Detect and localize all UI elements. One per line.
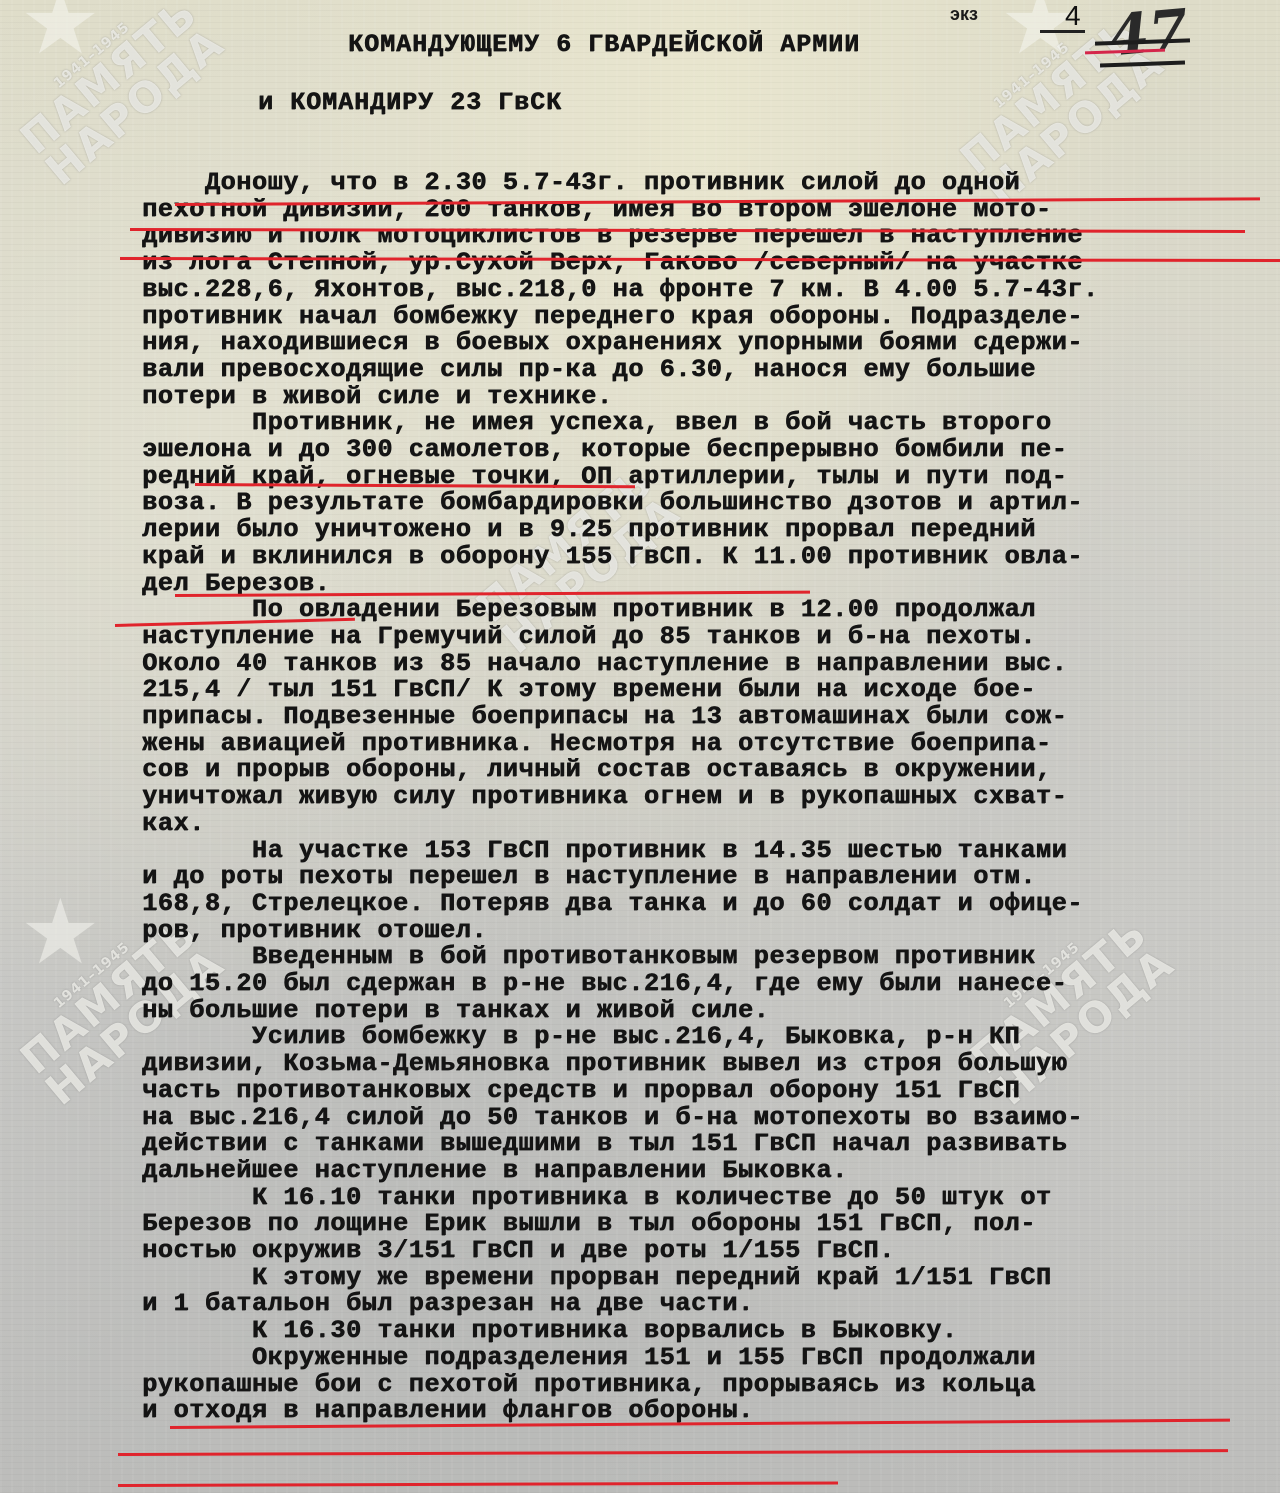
addressee-line-1: КОМАНДУЮЩЕМУ 6 ГВАРДЕЙСКОЙ АРМИИ — [348, 30, 860, 59]
body-line: ров, противник отошел. — [142, 916, 487, 945]
addressee-line-2: и КОМАНДИРУ 23 ГвСК — [258, 88, 562, 117]
body-line: Противник, не имея успеха, ввел в бой ча… — [142, 408, 1051, 437]
body-line: вали превосходящие силы пр-ка до 6.30, н… — [142, 355, 1036, 384]
page-number-underline — [1040, 30, 1085, 33]
body-line: лерии было уничтожено и в 9.25 противник… — [142, 515, 1036, 544]
body-line: сов и прорыв обороны, личный состав оста… — [142, 755, 1051, 784]
body-line: К 16.30 танки противника ворвались в Бык… — [142, 1316, 957, 1345]
body-line: и 1 батальон был разрезан на две части. — [142, 1289, 754, 1318]
body-line: противник начал бомбежку переднего края … — [142, 302, 1083, 331]
body-line: Около 40 танков из 85 начало наступление… — [142, 649, 1067, 678]
body-line: дивизии, Козьма-Демьяновка противник выв… — [142, 1049, 1067, 1078]
body-line: до 15.20 был сдержан в р-не выс.216,4, г… — [142, 969, 1067, 998]
body-line: На участке 153 ГвСП противник в 14.35 ше… — [142, 836, 1067, 865]
body-line: Введенным в бой противотанковым резервом… — [142, 942, 1036, 971]
body-line: ках. — [142, 809, 205, 838]
body-line: рукопашные бои с пехотой противника, про… — [142, 1370, 1036, 1399]
body-line: из лога Степной, ур.Сухой Верх, Гаково /… — [142, 248, 1083, 277]
body-line: воза. В результате бомбардировки большин… — [142, 488, 1083, 517]
body-line: уничтожал живую силу противника огнем и … — [142, 782, 1067, 811]
body-line: действии с танками вышедшими в тыл 151 Г… — [142, 1129, 1067, 1158]
body-line: потери в живой силе и технике. — [142, 382, 612, 411]
body-line: и отходя в направлении флангов обороны. — [142, 1396, 754, 1425]
body-line: эшелона и до 300 самолетов, которые бесп… — [142, 435, 1067, 464]
page-number: 4 — [1065, 0, 1081, 32]
body-line: и до роты пехоты перешел в наступление в… — [142, 862, 1036, 891]
body-line: Усилив бомбежку в р-не выс.216,4, Быковк… — [142, 1022, 1020, 1051]
body-line: выс.228,6, Яхонтов, выс.218,0 на фронте … — [142, 275, 1099, 304]
body-line: 168,8, Стрелецкое. Потеряв два танка и д… — [142, 889, 1083, 918]
body-line: Доношу, что в 2.30 5.7-43г. противник си… — [142, 168, 1020, 197]
body-line: ния, находившиеся в боевых охранениях уп… — [142, 328, 1083, 357]
body-line: край и вклинился в оборону 155 ГвСП. К 1… — [142, 542, 1083, 571]
body-line: на выс.216,4 силой до 50 танков и б-на м… — [142, 1103, 1083, 1132]
body-line: К этому же времени прорван передний край… — [142, 1263, 1051, 1292]
handwritten-sheet-number: 47 — [1107, 0, 1190, 69]
body-line: 215,4 / тыл 151 ГвСП/ К этому времени бы… — [142, 675, 1036, 704]
body-line: ны большие потери в танках и живой силе. — [142, 996, 769, 1025]
body-line: наступление на Гремучий силой до 85 танк… — [142, 622, 1036, 651]
body-line: К 16.10 танки противника в количестве до… — [142, 1183, 1051, 1212]
body-line: часть противотанковых средств и прорвал … — [142, 1076, 1020, 1105]
body-line: припасы. Подвезенные боеприпасы на 13 ав… — [142, 702, 1067, 731]
body-line: ностью окружив 3/151 ГвСП и две роты 1/1… — [142, 1236, 895, 1265]
body-line: Окруженные подразделения 151 и 155 ГвСП … — [142, 1343, 1036, 1372]
archive-mark: экз — [950, 4, 978, 25]
body-line: жены авиацией противника. Несмотря на от… — [142, 729, 1051, 758]
body-line: Березов по лощине Ерик вышли в тыл оборо… — [142, 1209, 1036, 1238]
body-line: дальнейшее наступление в направлении Бык… — [142, 1156, 848, 1185]
body-line: дивизию и полк мотоциклистов в резерве п… — [142, 221, 1083, 250]
